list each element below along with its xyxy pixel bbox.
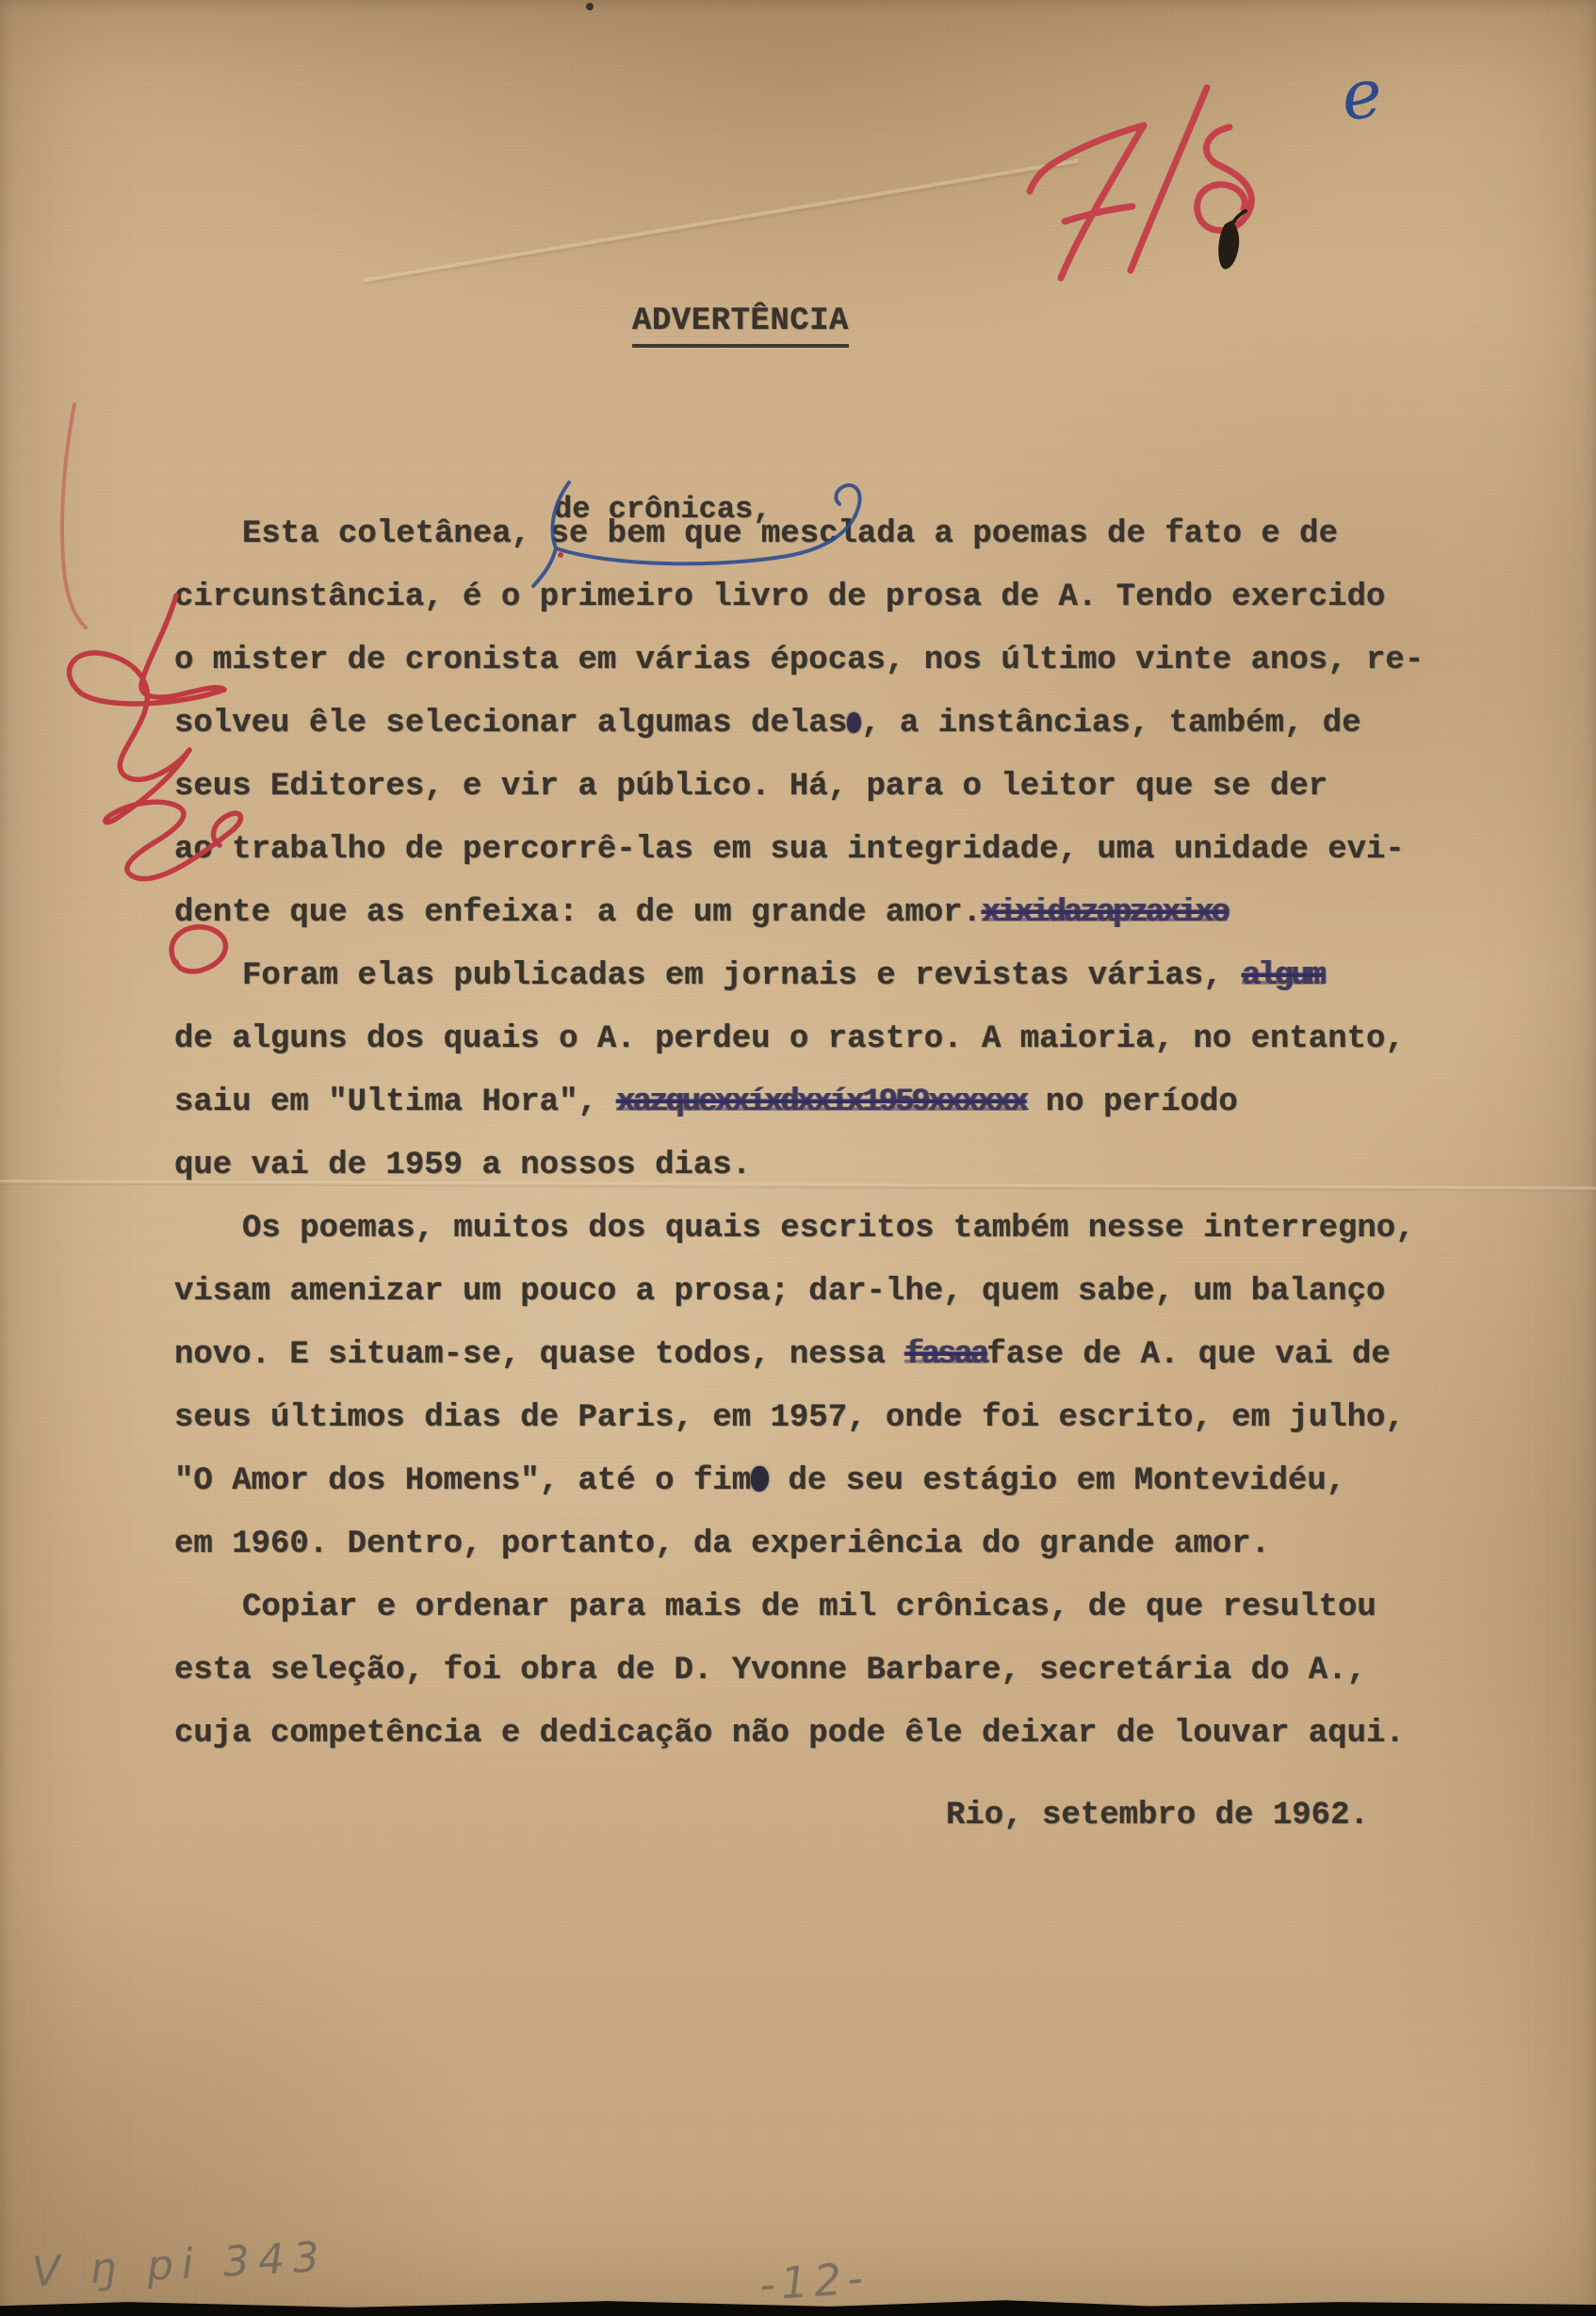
typed-line: Os poemas, muitos dos quais escritos tam… [174,1198,1493,1261]
page-title: ADVERTÊNCIA [632,303,849,348]
typed-text: visam amenizar um pouco a prosa; dar-lhe… [174,1274,1385,1310]
red-fraction-annotation [1030,88,1251,278]
ink-blot [558,3,1246,558]
typed-text: seus últimos dias de Paris, em 1957, ond… [174,1400,1405,1436]
typed-text: Foram elas publicadas em jornais e revis… [242,958,1242,994]
typed-text: de seu estágio em Montevidéu, [769,1463,1345,1499]
typed-text: esta seleção, foi obra de D. Yvonne Barb… [174,1653,1366,1688]
typed-line: de alguns dos quais o A. perdeu o rastro… [174,1008,1493,1071]
typed-text: Esta coletânea, se bem que mesclada a po… [242,516,1338,552]
typed-line: seus Editores, e vir a público. Há, para… [174,756,1493,819]
pencil-catalog-number: V ŋ pi 343 [31,2233,329,2296]
pencil-page-number: -12- [757,2252,870,2310]
typed-text: que vai de 1959 a nossos dias. [174,1148,751,1183]
typed-text: o mister de cronista em várias épocas, n… [174,643,1424,678]
typed-line: seus últimos dias de Paris, em 1957, ond… [174,1387,1493,1450]
struck-out-text: xixidazapzaxixo [982,895,1228,931]
typed-line: novo. E situam-se, quase todos, nessa fa… [174,1324,1493,1387]
dateline: Rio, setembro de 1962. [946,1798,1369,1834]
typed-line: solveu êle selecionar algumas delas, a i… [174,693,1493,756]
typed-line: ao trabalho de percorrê-las em sua integ… [174,819,1493,882]
typed-text: fase de A. que vai de [986,1337,1390,1373]
struck-out-text: xazquexxíxdxxíx1959xxxxxx [616,1085,1026,1120]
typed-line: cuja competência e dedicação não pode êl… [174,1703,1493,1766]
typed-text: Os poemas, muitos dos quais escritos tam… [242,1211,1415,1247]
typed-line: Esta coletânea, se bem que mesclada a po… [174,503,1493,566]
blue-letter-e-annotation: e [1338,53,1386,136]
ink-blot [847,712,861,733]
typed-text: ao trabalho de percorrê-las em sua integ… [174,832,1405,868]
typed-text: cuja competência e dedicação não pode êl… [174,1716,1405,1752]
struck-out-text: algum [1242,958,1324,994]
bottom-scan-edge [0,2293,1596,2316]
typescript-body: Esta coletânea, se bem que mesclada a po… [174,503,1493,1766]
typed-line: Copiar e ordenar para mais de mil crônic… [174,1576,1493,1639]
typed-text: no período [1026,1085,1237,1120]
ink-blot [751,1466,769,1492]
typed-text: circunstância, é o primeiro livro de pro… [174,579,1385,615]
typed-line: o mister de cronista em várias épocas, n… [174,629,1493,693]
typed-text: solveu êle selecionar algumas delas [174,706,847,742]
typed-text: , a instâncias, também, de [861,706,1361,742]
typed-line: dente que as enfeixa: a de um grande amo… [174,882,1493,945]
edge-speck [586,3,594,10]
fold-crease-diagonal [363,158,1079,282]
typed-line: esta seleção, foi obra de D. Yvonne Barb… [174,1639,1493,1703]
typed-line: saiu em "Ultima Hora", xazquexxíxdxxíx19… [174,1071,1493,1134]
typed-line: Foram elas publicadas em jornais e revis… [174,945,1493,1008]
typed-line: circunstância, é o primeiro livro de pro… [174,566,1493,629]
typed-text: novo. E situam-se, quase todos, nessa [174,1337,904,1373]
typed-line: visam amenizar um pouco a prosa; dar-lhe… [174,1261,1493,1324]
scanned-typescript-page: ADVERTÊNCIA de crônicas, Esta coletânea,… [0,0,1596,2316]
typed-line: "O Amor dos Homens", até o fim de seu es… [174,1450,1493,1513]
typed-text: em 1960. Dentro, portanto, da experiênci… [174,1526,1270,1562]
typed-text: saiu em "Ultima Hora", [174,1085,616,1120]
typed-text: dente que as enfeixa: a de um grande amo… [174,895,982,931]
typed-text: seus Editores, e vir a público. Há, para… [174,769,1327,805]
typed-text: Copiar e ordenar para mais de mil crônic… [242,1590,1376,1625]
typed-line: que vai de 1959 a nossos dias. [174,1134,1493,1198]
typed-line: em 1960. Dentro, portanto, da experiênci… [174,1513,1493,1576]
struck-out-text: fasaa [904,1337,986,1373]
typed-text: "O Amor dos Homens", até o fim [174,1463,751,1499]
typed-text: de alguns dos quais o A. perdeu o rastro… [174,1021,1405,1057]
